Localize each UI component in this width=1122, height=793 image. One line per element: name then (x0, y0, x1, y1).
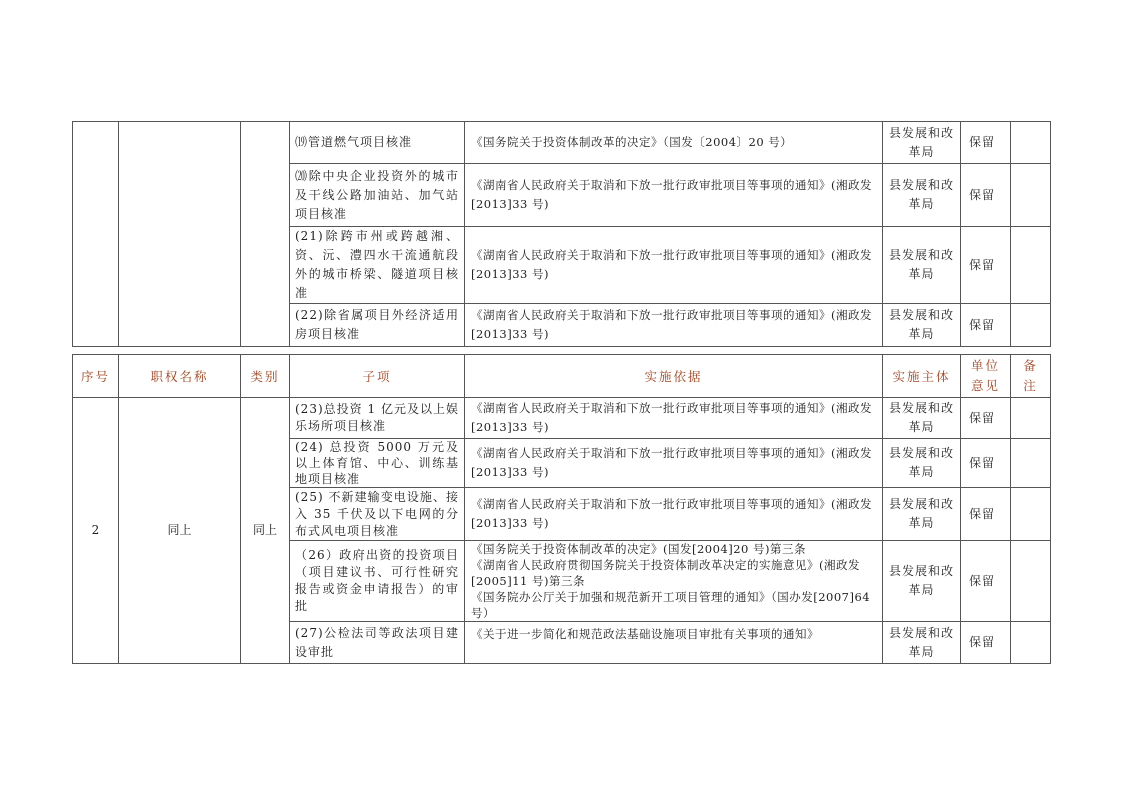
remark-cell (1011, 227, 1051, 304)
implementer-cell: 县发展和改革局 (883, 622, 961, 664)
header-power-name: 职权名称 (119, 355, 241, 398)
remark-cell (1011, 122, 1051, 164)
implementer-cell: 县发展和改革局 (883, 541, 961, 622)
main-table: 序号 职权名称 类别 子项 实施依据 实施主体 单位意见 备注 2 同上 同上 … (72, 354, 1051, 664)
basis-cell: 《湖南省人民政府关于取消和下放一批行政审批项目等事项的通知》(湘政发[2013]… (465, 227, 883, 304)
implementer-cell: 县发展和改革局 (883, 488, 961, 541)
basis-cell: 《湖南省人民政府关于取消和下放一批行政审批项目等事项的通知》(湘政发[2013]… (465, 164, 883, 227)
opinion-cell: 保留 (961, 164, 1011, 227)
sub-item-cell: (21)除跨市州或跨越湘、资、沅、澧四水干流通航段外的城市桥梁、隧道项目核准 (290, 227, 465, 304)
category-cell: 同上 (241, 398, 290, 664)
implementer-cell: 县发展和改革局 (883, 304, 961, 347)
basis-cell: 《国务院关于投资体制改革的决定》(国发[2004]20 号)第三条 《湖南省人民… (465, 541, 883, 622)
header-basis: 实施依据 (465, 355, 883, 398)
implementer-cell: 县发展和改革局 (883, 439, 961, 488)
basis-line: 《国务院办公厅关于加强和规范新开工项目管理的通知》（国办发[2007]64 号） (471, 589, 876, 621)
power-name-cell (119, 122, 241, 347)
sub-item-cell: （26）政府出资的投资项目（项目建议书、可行性研究报告或资金申请报告）的审批 (290, 541, 465, 622)
header-remark: 备注 (1011, 355, 1051, 398)
header-seq: 序号 (73, 355, 119, 398)
implementer-cell: 县发展和改革局 (883, 122, 961, 164)
continuation-table: ⒆管道燃气项目核准 《国务院关于投资体制改革的决定》（国发〔2004〕20 号）… (72, 121, 1051, 347)
sub-item-cell: ⒆管道燃气项目核准 (290, 122, 465, 164)
basis-cell: 《国务院关于投资体制改革的决定》（国发〔2004〕20 号） (465, 122, 883, 164)
basis-line: 《国务院关于投资体制改革的决定》(国发[2004]20 号)第三条 (471, 541, 876, 557)
remark-cell (1011, 304, 1051, 347)
opinion-cell: 保留 (961, 122, 1011, 164)
remark-cell (1011, 488, 1051, 541)
opinion-cell: 保留 (961, 622, 1011, 664)
opinion-cell: 保留 (961, 227, 1011, 304)
header-category: 类别 (241, 355, 290, 398)
basis-cell: 《湖南省人民政府关于取消和下放一批行政审批项目等事项的通知》(湘政发[2013]… (465, 398, 883, 439)
seq-cell: 2 (73, 398, 119, 664)
basis-cell: 《湖南省人民政府关于取消和下放一批行政审批项目等事项的通知》(湘政发[2013]… (465, 304, 883, 347)
sub-item-cell: (25) 不新建输变电设施、接入 35 千伏及以下电网的分布式风电项目核准 (290, 488, 465, 541)
remark-cell (1011, 541, 1051, 622)
opinion-cell: 保留 (961, 439, 1011, 488)
remark-cell (1011, 398, 1051, 439)
header-sub-item: 子项 (290, 355, 465, 398)
opinion-cell: 保留 (961, 488, 1011, 541)
basis-cell: 《湖南省人民政府关于取消和下放一批行政审批项目等事项的通知》(湘政发[2013]… (465, 439, 883, 488)
header-row: 序号 职权名称 类别 子项 实施依据 实施主体 单位意见 备注 (73, 355, 1051, 398)
header-opinion: 单位意见 (961, 355, 1011, 398)
implementer-cell: 县发展和改革局 (883, 398, 961, 439)
sub-item-cell: (24) 总投资 5000 万元及以上体育馆、中心、训练基地项目核准 (290, 439, 465, 488)
opinion-cell: 保留 (961, 304, 1011, 347)
implementer-cell: 县发展和改革局 (883, 164, 961, 227)
implementer-cell: 县发展和改革局 (883, 227, 961, 304)
sub-item-cell: ⒇除中央企业投资外的城市及干线公路加油站、加气站项目核准 (290, 164, 465, 227)
seq-cell (73, 122, 119, 347)
header-implementer: 实施主体 (883, 355, 961, 398)
power-name-cell: 同上 (119, 398, 241, 664)
basis-cell: 《湖南省人民政府关于取消和下放一批行政审批项目等事项的通知》(湘政发[2013]… (465, 488, 883, 541)
sub-item-cell: (23)总投资 1 亿元及以上娱乐场所项目核准 (290, 398, 465, 439)
basis-line: 《湖南省人民政府贯彻国务院关于投资体制改革决定的实施意见》(湘政发[2005]1… (471, 557, 876, 589)
sub-item-cell: (22)除省属项目外经济适用房项目核准 (290, 304, 465, 347)
table-row: ⒆管道燃气项目核准 《国务院关于投资体制改革的决定》（国发〔2004〕20 号）… (73, 122, 1051, 164)
opinion-cell: 保留 (961, 398, 1011, 439)
category-cell (241, 122, 290, 347)
remark-cell (1011, 164, 1051, 227)
remark-cell (1011, 439, 1051, 488)
opinion-cell: 保留 (961, 541, 1011, 622)
remark-cell (1011, 622, 1051, 664)
basis-cell: 《关于进一步简化和规范政法基础设施项目审批有关事项的通知》 (465, 622, 883, 664)
table-row: 2 同上 同上 (23)总投资 1 亿元及以上娱乐场所项目核准 《湖南省人民政府… (73, 398, 1051, 439)
sub-item-cell: (27)公检法司等政法项目建设审批 (290, 622, 465, 664)
